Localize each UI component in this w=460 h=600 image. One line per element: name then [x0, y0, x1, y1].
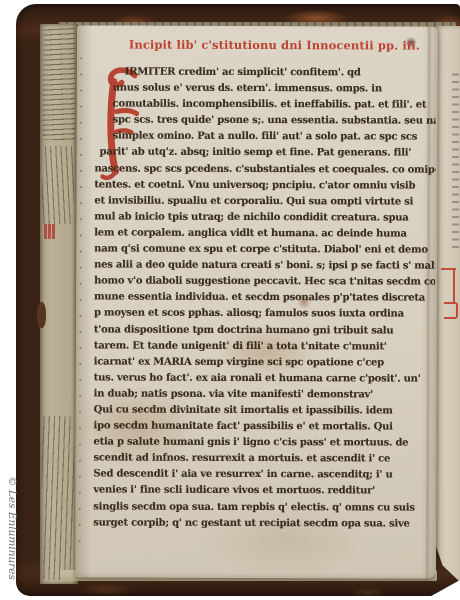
- red-rubric-mark-fragment: [44, 224, 55, 239]
- text-line: et invisibiliu. spualiu et corporaliu. Q…: [94, 193, 435, 210]
- text-line: spc scs. tres quide' psone s;. una essen…: [95, 113, 436, 130]
- next-folio-text-edge: [452, 72, 459, 248]
- fragment-script-bottom: [42, 416, 74, 580]
- text-line: parit' ab utq'z. absq; initio semp et fi…: [94, 145, 435, 162]
- text-line: nam q'si comune ex spu et corpe c'stitut…: [94, 241, 435, 258]
- text-line: homo v'o diaboli suggestione peccavit. H…: [94, 274, 435, 291]
- binding-waste-fragment: [40, 24, 78, 584]
- text-line: scendit ad infnos. resurrexit a mortuis.…: [93, 451, 434, 468]
- fragment-script-middle: [42, 146, 74, 224]
- red-bracket-stem: [453, 270, 455, 302]
- dark-stain-fragment: [37, 302, 46, 328]
- text-line: unus solus e' verus ds. etern'. immensus…: [95, 81, 436, 98]
- text-line: singlis secdm opa sua. tam repbis q' ele…: [93, 499, 434, 516]
- text-line: simplex omino. Pat a nullo. fili' aut' a…: [95, 129, 436, 146]
- pricking-holes: [77, 55, 84, 555]
- text-line: Sed descendit i' aia ve resurrex' in car…: [93, 467, 434, 484]
- text-line: p moysen et scos pphas. aliosq; famulos …: [94, 306, 435, 323]
- text-block: Incipit lib' c'stitutionu dni Innocentii…: [95, 37, 436, 38]
- red-bracket-mark-next-folio: [441, 268, 458, 318]
- text-line: lem et corpalem. anglica vidlt et humana…: [94, 225, 435, 242]
- text-line: tus. verus ho fact'. ex aia ronali et hu…: [94, 370, 435, 387]
- text-line: t'ona dispositione tpm doctrina humano g…: [94, 322, 435, 339]
- next-folio-edge: [435, 26, 460, 582]
- text-line: comutabilis. incomphensibilis. et ineffa…: [95, 97, 436, 114]
- text-line: tarem. Et tande unigenit' di fili' a tot…: [94, 338, 435, 355]
- text-line: surget corpib; q' nc gestant ut recipiat…: [93, 515, 434, 532]
- text-line: nascens. spc scs pcedens. c'substantiale…: [94, 161, 435, 178]
- rubric-incipit: Incipit lib' c'stitutionu dni Innocentii…: [95, 37, 436, 52]
- text-line: etia p salute humani gnis i' ligno c'cis…: [93, 435, 434, 452]
- fragment-script-top: [43, 28, 75, 140]
- text-line: in duab; natis psona. via vite manifesti…: [94, 386, 435, 403]
- text-line: mul ab inicio tpis utraq; de nichilo con…: [94, 209, 435, 226]
- text-lines: IRMITER credim' ac simplicit' confitem'.…: [93, 64, 436, 532]
- copyright-watermark: © Les Enluminures: [4, 462, 18, 594]
- manuscript-leaf: Incipit lib' c'stitutionu dni Innocentii…: [75, 25, 438, 578]
- text-line: venies i' fine scli iudicare vivos et mo…: [93, 483, 434, 500]
- text-line: IRMITER credim' ac simplicit' confitem'.…: [95, 64, 436, 81]
- text-line: Qui cu secdm divinitate sit imortalis et…: [94, 402, 435, 419]
- text-line: tentes. et coetni. Vnu universoq; pncipi…: [94, 177, 435, 194]
- red-bracket-hook: [444, 302, 458, 319]
- text-line: icarnat' ex MARIA semp virgine sci spc o…: [94, 354, 435, 371]
- text-line: mune essentia individua. et secdm psonal…: [94, 290, 435, 307]
- manuscript-photo: Incipit lib' c'stitutionu dni Innocentii…: [0, 0, 460, 600]
- text-line: nes alii a deo quide natura creati s' bo…: [94, 258, 435, 275]
- text-line: ipo secdm humanitate fact' passibilis e'…: [94, 418, 435, 435]
